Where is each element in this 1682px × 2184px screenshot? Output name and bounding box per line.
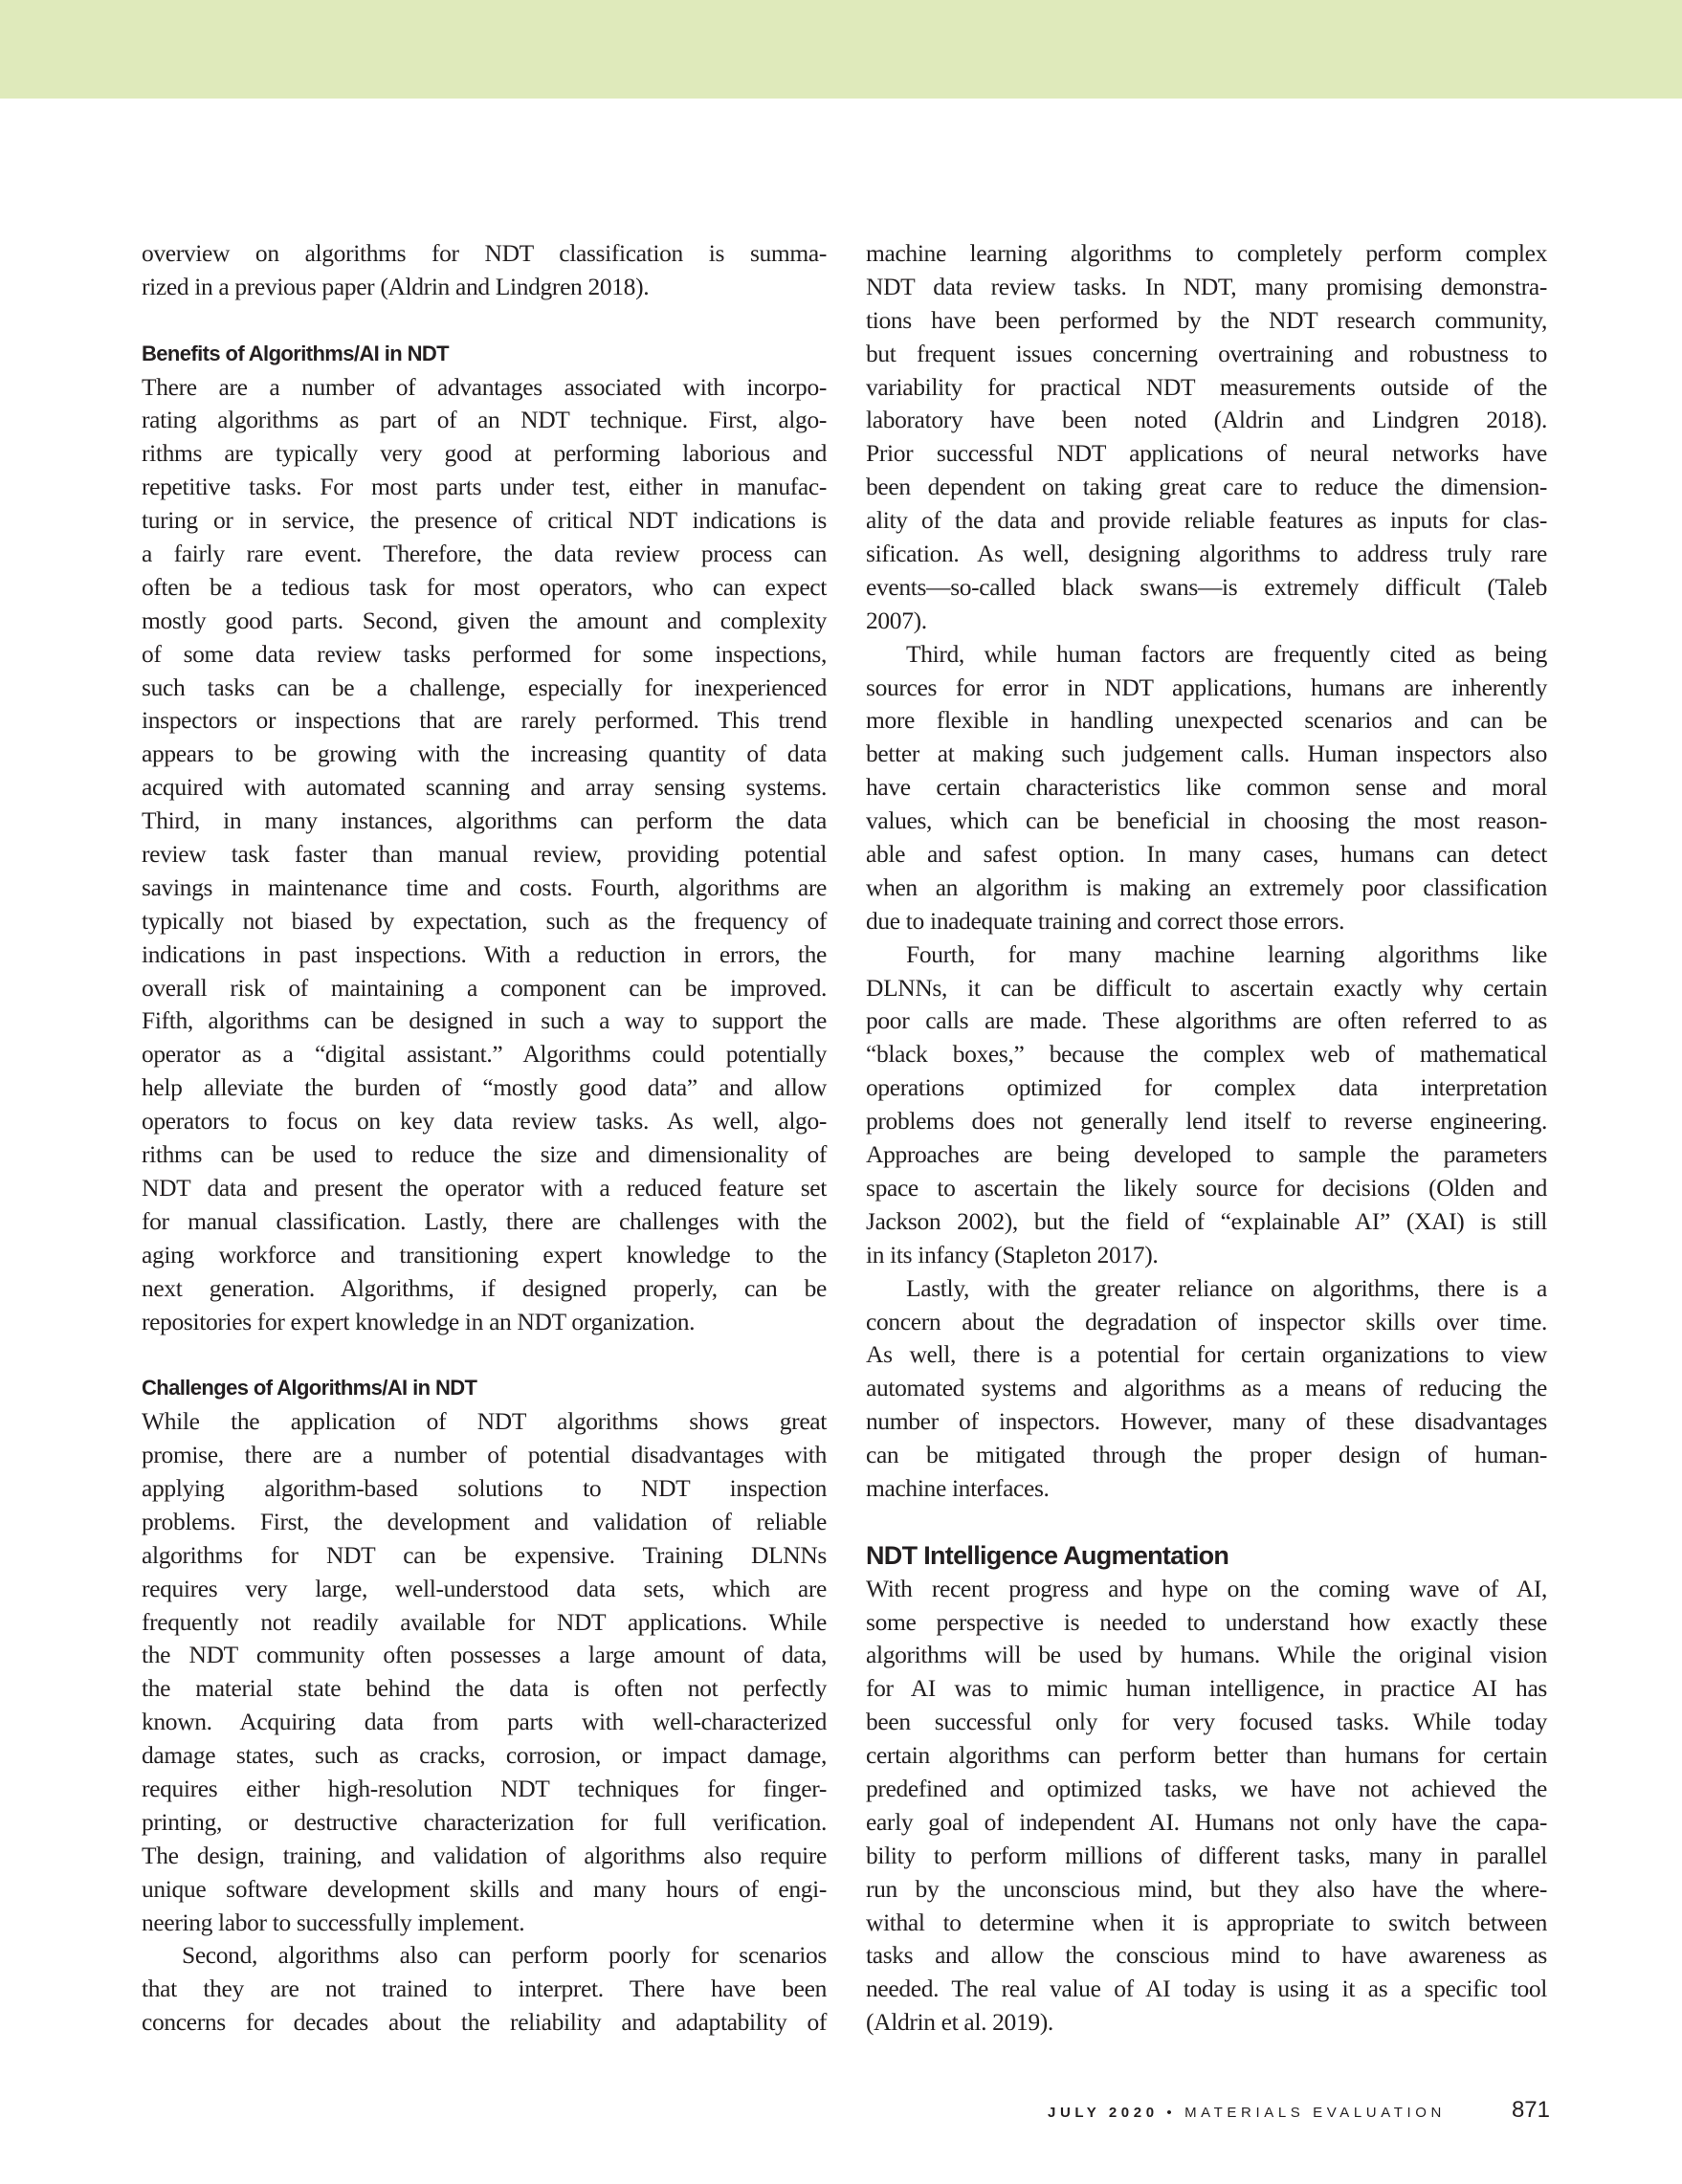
body-text-line: “black boxes,” because the complex web o… [866, 1038, 1547, 1071]
body-text-line: problems. First, the development and val… [142, 1506, 827, 1539]
body-text-line: While the application of NDT algorithms … [142, 1405, 827, 1439]
body-text-line: printing, or destructive characterizatio… [142, 1806, 827, 1840]
body-text-line: due to inadequate training and correct t… [866, 905, 1547, 938]
body-text-line: bility to perform millions of different … [866, 1840, 1547, 1873]
body-text-line: concerns for decades about the reliabili… [142, 2006, 827, 2040]
body-text-line: for manual classification. Lastly, there… [142, 1205, 827, 1239]
body-text-line: requires either high-resolution NDT tech… [142, 1773, 827, 1806]
body-text-line: rithms are typically very good at perfor… [142, 437, 827, 471]
body-text-line: machine interfaces. [866, 1472, 1547, 1506]
body-text-line: Third, while human factors are frequentl… [866, 638, 1547, 672]
body-text-line: indications in past inspections. With a … [142, 938, 827, 972]
body-text-line: early goal of independent AI. Humans not… [866, 1806, 1547, 1840]
page-footer: JULY 2020 • MATERIALS EVALUATION 871 [1048, 2097, 1550, 2124]
header-color-band [0, 0, 1682, 99]
section-spacer [142, 1338, 827, 1372]
body-text-line: damage states, such as cracks, corrosion… [142, 1739, 827, 1773]
body-text-line: of some data review tasks performed for … [142, 638, 827, 672]
body-text-line: in its infancy (Stapleton 2017). [866, 1239, 1547, 1272]
body-text-line: some perspective is needed to understand… [866, 1606, 1547, 1640]
body-text-line: typically not biased by expectation, suc… [142, 905, 827, 938]
body-text-line: promise, there are a number of potential… [142, 1439, 827, 1472]
body-text-line: a fairly rare event. Therefore, the data… [142, 538, 827, 571]
page-number: 871 [1512, 2097, 1550, 2124]
section-heading: NDT Intelligence Augmentation [866, 1539, 1547, 1573]
body-text-line: algorithms for NDT can be expensive. Tra… [142, 1539, 827, 1573]
body-text-line: 2007). [866, 605, 1547, 638]
body-text-line: next generation. Algorithms, if designed… [142, 1272, 827, 1306]
body-text-line: can be mitigated through the proper desi… [866, 1439, 1547, 1472]
body-text-line: withal to determine when it is appropria… [866, 1907, 1547, 1940]
section-heading: Challenges of Algorithms/AI in NDT [142, 1372, 827, 1405]
body-text-line: the NDT community often possesses a larg… [142, 1639, 827, 1672]
body-text-line: the material state behind the data is of… [142, 1672, 827, 1706]
body-text-line: acquired with automated scanning and arr… [142, 771, 827, 805]
body-text-line: when an algorithm is making an extremely… [866, 871, 1547, 905]
body-text-line: Third, in many instances, algorithms can… [142, 805, 827, 838]
body-text-line: machine learning algorithms to completel… [866, 237, 1547, 271]
body-text-line: often be a tedious task for most operato… [142, 571, 827, 605]
right-text-column: machine learning algorithms to completel… [866, 237, 1547, 2040]
body-text-line: mostly good parts. Second, given the amo… [142, 605, 827, 638]
body-text-line: rized in a previous paper (Aldrin and Li… [142, 271, 827, 304]
body-text-line: more flexible in handling unexpected sce… [866, 704, 1547, 738]
body-text-line: algorithms will be used by humans. While… [866, 1639, 1547, 1672]
body-text-line: automated systems and algorithms as a me… [866, 1372, 1547, 1405]
body-text-line: appears to be growing with the increasin… [142, 738, 827, 771]
body-text-line: frequently not readily available for NDT… [142, 1606, 827, 1640]
body-text-line: repositories for expert knowledge in an … [142, 1306, 827, 1339]
body-text-line: overall risk of maintaining a component … [142, 972, 827, 1005]
footer-issue-date: JULY 2020 [1048, 2105, 1159, 2121]
body-text-line: requires very large, well-understood dat… [142, 1573, 827, 1606]
body-text-line: repetitive tasks. For most parts under t… [142, 471, 827, 504]
body-text-line: events—so-called black swans—is extremel… [866, 571, 1547, 605]
body-text-line: concern about the degradation of inspect… [866, 1306, 1547, 1339]
body-text-line: Fourth, for many machine learning algori… [866, 938, 1547, 972]
body-text-line: Second, algorithms also can perform poor… [142, 1939, 827, 1973]
body-text-line: inspectors or inspections that are rarel… [142, 704, 827, 738]
body-text-line: been successful only for very focused ta… [866, 1706, 1547, 1739]
body-text-line: Jackson 2002), but the field of “explain… [866, 1205, 1547, 1239]
footer-publication: MATERIALS EVALUATION [1184, 2105, 1446, 2121]
body-text-line: unique software development skills and m… [142, 1873, 827, 1907]
left-text-column: overview on algorithms for NDT classific… [142, 237, 827, 2040]
body-text-line: savings in maintenance time and costs. F… [142, 871, 827, 905]
body-text-line: Approaches are being developed to sample… [866, 1138, 1547, 1172]
body-text-line: tions have been performed by the NDT res… [866, 304, 1547, 338]
body-text-line: number of inspectors. However, many of t… [866, 1405, 1547, 1439]
body-text-line: review task faster than manual review, p… [142, 838, 827, 871]
body-text-line: overview on algorithms for NDT classific… [142, 237, 827, 271]
body-text-line: aging workforce and transitioning expert… [142, 1239, 827, 1272]
body-text-line: able and safest option. In many cases, h… [866, 838, 1547, 871]
body-text-line: The design, training, and validation of … [142, 1840, 827, 1873]
body-text-line: With recent progress and hype on the com… [866, 1573, 1547, 1606]
body-text-line: variability for practical NDT measuremen… [866, 371, 1547, 405]
body-text-line: turing or in service, the presence of cr… [142, 504, 827, 538]
body-text-line: poor calls are made. These algorithms ar… [866, 1004, 1547, 1038]
body-text-line: ality of the data and provide reliable f… [866, 504, 1547, 538]
body-text-line: (Aldrin et al. 2019). [866, 2006, 1547, 2040]
body-text-line: known. Acquiring data from parts with we… [142, 1706, 827, 1739]
body-text-line: DLNNs, it can be difficult to ascertain … [866, 972, 1547, 1005]
body-text-line: NDT data review tasks. In NDT, many prom… [866, 271, 1547, 304]
body-text-line: help alleviate the burden of “mostly goo… [142, 1071, 827, 1105]
body-text-line: that they are not trained to interpret. … [142, 1973, 827, 2006]
body-text-line: Prior successful NDT applications of neu… [866, 437, 1547, 471]
body-text-line: certain algorithms can perform better th… [866, 1739, 1547, 1773]
body-text-line: laboratory have been noted (Aldrin and L… [866, 404, 1547, 437]
body-text-line: As well, there is a potential for certai… [866, 1338, 1547, 1372]
body-text-line: Lastly, with the greater reliance on alg… [866, 1272, 1547, 1306]
body-text-line: space to ascertain the likely source for… [866, 1172, 1547, 1205]
body-text-line: NDT data and present the operator with a… [142, 1172, 827, 1205]
body-text-line: have certain characteristics like common… [866, 771, 1547, 805]
body-text-line: values, which can be beneficial in choos… [866, 805, 1547, 838]
running-footer: JULY 2020 • MATERIALS EVALUATION [1048, 2105, 1446, 2121]
body-text-line: sification. As well, designing algorithm… [866, 538, 1547, 571]
body-text-line: such tasks can be a challenge, especiall… [142, 672, 827, 705]
body-text-line: operations optimized for complex data in… [866, 1071, 1547, 1105]
body-text-line: for AI was to mimic human intelligence, … [866, 1672, 1547, 1706]
section-spacer [866, 1506, 1547, 1539]
section-spacer [142, 304, 827, 338]
body-text-line: rating algorithms as part of an NDT tech… [142, 404, 827, 437]
body-text-line: better at making such judgement calls. H… [866, 738, 1547, 771]
body-text-line: run by the unconscious mind, but they al… [866, 1873, 1547, 1907]
footer-separator: • [1166, 2105, 1176, 2121]
body-text-line: applying algorithm-based solutions to ND… [142, 1472, 827, 1506]
section-heading: Benefits of Algorithms/AI in NDT [142, 338, 827, 371]
body-text-line: problems does not generally lend itself … [866, 1105, 1547, 1138]
body-text-line: predefined and optimized tasks, we have … [866, 1773, 1547, 1806]
body-text-line: Fifth, algorithms can be designed in suc… [142, 1004, 827, 1038]
body-text-line: neering labor to successfully implement. [142, 1907, 827, 1940]
body-text-line: sources for error in NDT applications, h… [866, 672, 1547, 705]
body-text-line: operators to focus on key data review ta… [142, 1105, 827, 1138]
body-text-line: tasks and allow the conscious mind to ha… [866, 1939, 1547, 1973]
body-text-line: but frequent issues concerning overtrain… [866, 338, 1547, 371]
body-text-line: There are a number of advantages associa… [142, 371, 827, 405]
body-text-line: operator as a “digital assistant.” Algor… [142, 1038, 827, 1071]
body-text-line: rithms can be used to reduce the size an… [142, 1138, 827, 1172]
body-text-line: been dependent on taking great care to r… [866, 471, 1547, 504]
body-text-line: needed. The real value of AI today is us… [866, 1973, 1547, 2006]
